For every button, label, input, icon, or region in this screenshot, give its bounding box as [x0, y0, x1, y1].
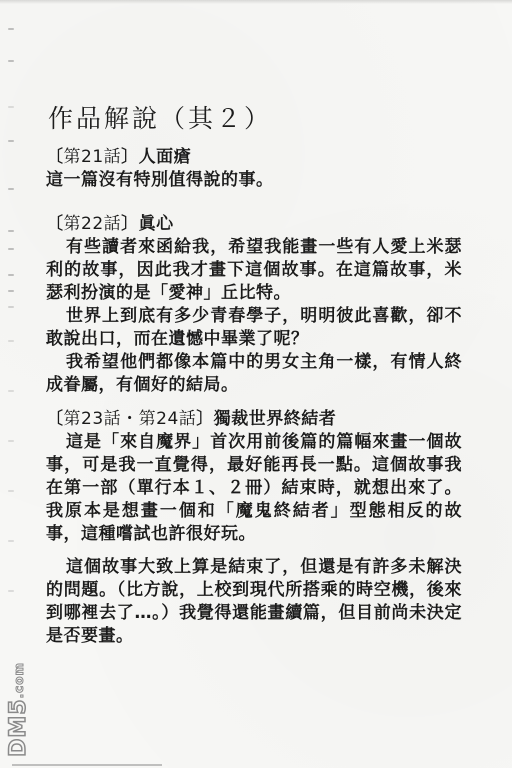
- section-header: 〔第21話〕人面瘡: [46, 146, 462, 169]
- paragraph: 這個故事大致上算是結束了，但還是有許多未解決的問題。（比方說，上校到現代所搭乘的…: [46, 556, 462, 648]
- paragraph: 我希望他們都像本篇中的男女主角一樣，有情人終成眷屬，有個好的結局。: [46, 351, 462, 397]
- paragraph: 世界上到底有多少青春學子，明明彼此喜歡，卻不敢說出口，而在遺憾中畢業了呢？: [46, 305, 462, 351]
- section-chapter-21: 〔第21話〕人面瘡 這一篇沒有特別值得說的事。: [46, 146, 462, 192]
- dm5-watermark-logo: DM5.com: [6, 662, 31, 757]
- bracket-close: 〕: [121, 147, 139, 167]
- section-chapter-23-24: 〔第23話・第24話〕獨裁世界終結者 這是「來自魔界」首次用前後篇的篇幅來畫一個…: [46, 408, 462, 648]
- section-header: 〔第22話〕眞心: [46, 213, 462, 236]
- chapter-label: 第22話: [64, 214, 122, 234]
- page-bottom-edge: [12, 764, 162, 766]
- page-title: 作品解說（其２）: [48, 99, 272, 135]
- chapter-label: 第23話・第24話: [64, 409, 197, 429]
- paragraph: 這是「來自魔界」首次用前後篇的篇幅來畫一個故事，可是我一直覺得，最好能再長一點。…: [46, 431, 462, 546]
- chapter-subtitle: 獨裁世界終結者: [214, 409, 337, 429]
- bracket-open: 〔: [46, 147, 64, 167]
- bracket-close: 〕: [196, 409, 214, 429]
- chapter-label: 第21話: [64, 147, 122, 167]
- section-chapter-22: 〔第22話〕眞心 有些讀者來函給我，希望我能畫一些有人愛上米瑟利的故事，因此我才…: [46, 213, 462, 397]
- paragraph: 這一篇沒有特別值得說的事。: [46, 169, 462, 192]
- bracket-open: 〔: [46, 409, 64, 429]
- chapter-subtitle: 人面瘡: [139, 147, 192, 167]
- watermark-suffix: .com: [12, 662, 26, 698]
- scanned-page: 作品解說（其２） 〔第21話〕人面瘡 這一篇沒有特別值得說的事。 〔第22話〕眞…: [0, 0, 512, 768]
- page-top-edge: [0, 0, 512, 4]
- bracket-close: 〕: [121, 214, 139, 234]
- chapter-subtitle: 眞心: [139, 214, 174, 234]
- paragraph: 有些讀者來函給我，希望我能畫一些有人愛上米瑟利的故事，因此我才畫下這個故事。在這…: [46, 236, 462, 305]
- article-body: 〔第21話〕人面瘡 這一篇沒有特別值得說的事。 〔第22話〕眞心 有些讀者來函給…: [46, 146, 462, 659]
- watermark-brand: DM5: [6, 698, 31, 756]
- bracket-open: 〔: [46, 214, 64, 234]
- section-header: 〔第23話・第24話〕獨裁世界終結者: [46, 408, 462, 431]
- binding-marks: [4, 10, 24, 650]
